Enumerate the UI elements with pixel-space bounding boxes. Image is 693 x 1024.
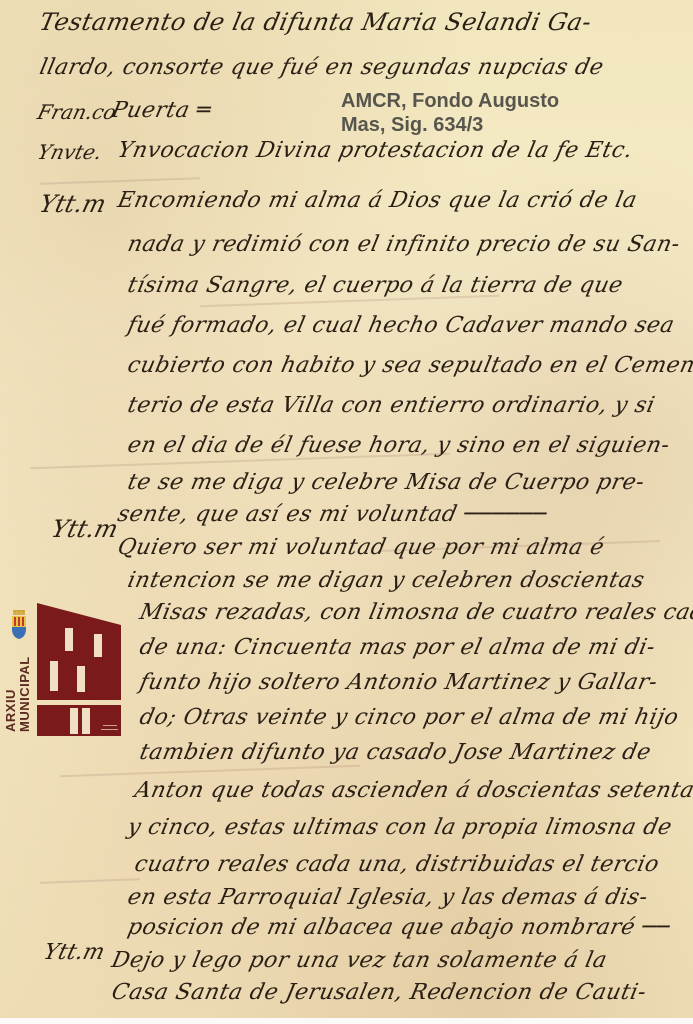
manuscript-line: Casa Santa de Jerusalen, Redencion de Ca…	[109, 980, 648, 1005]
bleed-through-stroke	[40, 177, 200, 185]
margin-note: Ynvte.	[35, 140, 105, 164]
manuscript-line: te se me diga y celebre Misa de Cuerpo p…	[125, 470, 647, 495]
manuscript-line: en el dia de él fuese hora, y sino en el…	[125, 433, 672, 458]
manuscript-line: cuatro reales cada una, distribuidas el …	[132, 852, 661, 877]
manuscript-line: Testamento de la difunta Maria Selandi G…	[37, 8, 594, 36]
manuscript-line: fué formado, el cual hecho Cadaver mando…	[125, 313, 676, 338]
logo-line-1: ARXIU	[4, 656, 18, 732]
watermark-line-1: AMCR, Fondo Augusto	[341, 89, 559, 113]
manuscript-line: sente, que así es mi voluntad ──────	[115, 502, 549, 527]
manuscript-line: Misas rezadas, con limosna de cuatro rea…	[137, 600, 693, 625]
manuscript-line: Dejo y lego por una vez tan solamente á …	[109, 948, 609, 973]
manuscript-line: cubierto con habito y sea sepultado en e…	[125, 353, 693, 378]
manuscript-line: en esta Parroquial Iglesia, y las demas …	[125, 885, 650, 910]
margin-note: Ytt.m	[49, 515, 122, 543]
manuscript-line: funto hijo soltero Antonio Martinez y Ga…	[137, 670, 659, 695]
manuscript-line: Encomiendo mi alma á Dios que la crió de…	[115, 188, 639, 213]
manuscript-line: Anton que todas ascienden á doscientas s…	[132, 778, 693, 803]
margin-note: Ytt.m	[41, 940, 107, 965]
manuscript-line: intencion se me digan y celebren doscien…	[125, 568, 646, 593]
manuscript-line: do; Otras veinte y cinco por el alma de …	[137, 705, 681, 730]
logo-line-2: MUNICIPAL	[18, 656, 32, 732]
watermark-line-2: Mas, Sig. 634/3	[341, 113, 559, 137]
archive-reference-watermark: AMCR, Fondo Augusto Mas, Sig. 634/3	[341, 89, 559, 137]
manuscript-line: tísima Sangre, el cuerpo á la tierra de …	[125, 273, 625, 298]
manuscript-line: de una: Cincuenta mas por el alma de mi …	[137, 635, 657, 660]
bleed-through-stroke	[60, 765, 360, 777]
manuscript-line: Quiero ser mi voluntad que por mi alma é	[115, 535, 606, 560]
manuscript-line: nada y redimió con el infinito precio de…	[125, 232, 682, 257]
archive-building-logo-icon	[37, 603, 123, 737]
scan-bottom-edge	[0, 1018, 693, 1024]
margin-note: Fran.co	[35, 100, 119, 124]
manuscript-line: Puerta ═	[109, 98, 213, 123]
bleed-through-stroke	[40, 878, 140, 883]
manuscript-line: posicion de mi albacea que abajo nombrar…	[125, 915, 672, 940]
manuscript-line: terio de esta Villa con entierro ordinar…	[125, 393, 657, 418]
margin-note: Ytt.m	[37, 190, 110, 218]
manuscript-line: y cinco, estas ultimas con la propia lim…	[125, 815, 674, 840]
coat-of-arms-icon	[10, 610, 28, 640]
manuscript-line: llardo, consorte que fué en segundas nup…	[37, 55, 606, 80]
manuscript-line: Ynvocacion Divina protestacion de la fe …	[115, 138, 635, 163]
manuscript-line: tambien difunto ya casado Jose Martinez …	[137, 740, 653, 765]
arxiu-municipal-label: ARXIU MUNICIPAL	[4, 656, 32, 732]
manuscript-page: Fran.co Ynvte. Ytt.m Ytt.m Ytt.m Testame…	[0, 0, 693, 1018]
